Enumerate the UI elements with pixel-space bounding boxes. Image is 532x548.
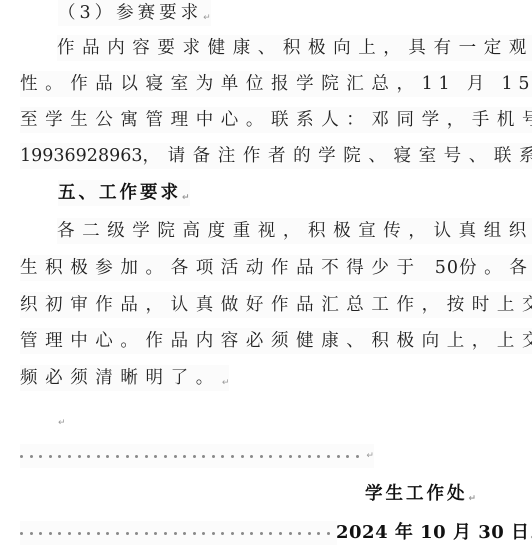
signature-date: 2024 年 10 月 30 日↵ (336, 520, 532, 546)
sub-heading-participation-requirements: （3）参赛要求↵ (58, 0, 211, 26)
paragraph-mark-icon: ↵ (469, 494, 477, 504)
deadline-text: 11 月 15 日前将作品交 (422, 74, 532, 94)
contact-phone: 19936928963 (20, 146, 142, 166)
para2-line1: 各二级学院高度重视，积极宣传，认真组织好本学院学 (57, 218, 532, 244)
para1-line3: 至学生公寓管理中心。联系人：邓同学，手机号码： (20, 107, 532, 133)
leader-dots-row-1: ↵ (20, 444, 374, 468)
para1-line4: 19936928963，请备注作者的学院、寝室号、联系号码。↵ (20, 143, 532, 169)
para2-line2: 生积极参加。各项活动作品不得少于 50份。各二级学院组 (20, 255, 532, 281)
signature-org: 学生工作处↵ (365, 481, 476, 507)
signature-date-text: 2024 年 10 月 30 日 (336, 522, 530, 543)
min-entries-count: 50 (435, 258, 459, 278)
section-heading-work-requirements: 五、工作要求↵ (58, 180, 190, 206)
paragraph-mark-icon: ↵ (222, 378, 230, 388)
paragraph-mark-icon: ↵ (366, 451, 374, 461)
paragraph-mark-icon: ↵ (182, 193, 190, 203)
para2-line5: 频必须清晰明了。↵ (20, 365, 229, 391)
paragraph-mark-icon: ↵ (203, 13, 211, 23)
signature-org-text: 学生工作处 (365, 484, 468, 504)
para2-line5-text: 频必须清晰明了。 (20, 368, 221, 388)
para1-line1: 作品内容要求健康、积极向上，具有一定观赏性或实用 (57, 35, 532, 61)
sub-heading-text: （3）参赛要求 (58, 3, 202, 23)
para2-line2-text-a: 生积极参加。各项活动作品不得少于 (20, 258, 435, 278)
leader-dots-row-2 (20, 521, 337, 545)
para2-line3: 织初审作品，认真做好作品汇总工作，按时上交至学生公寓 (20, 292, 532, 318)
para1-line4-text: ，请备注作者的学院、寝室号、联系号码。 (142, 146, 532, 166)
para1-line2-text: 性。作品以寝室为单位报学院汇总， (20, 74, 422, 94)
section-heading-text: 五、工作要求 (58, 183, 181, 203)
para2-line4: 管理中心。作品内容必须健康、积极向上，上交的照片或视 (20, 328, 532, 354)
para1-line2: 性。作品以寝室为单位报学院汇总，11 月 15 日前将作品交 (20, 71, 532, 97)
para2-line2-text-b: 份。各二级学院组 (459, 258, 532, 278)
empty-paragraph-mark-icon: ↵ (58, 418, 66, 428)
